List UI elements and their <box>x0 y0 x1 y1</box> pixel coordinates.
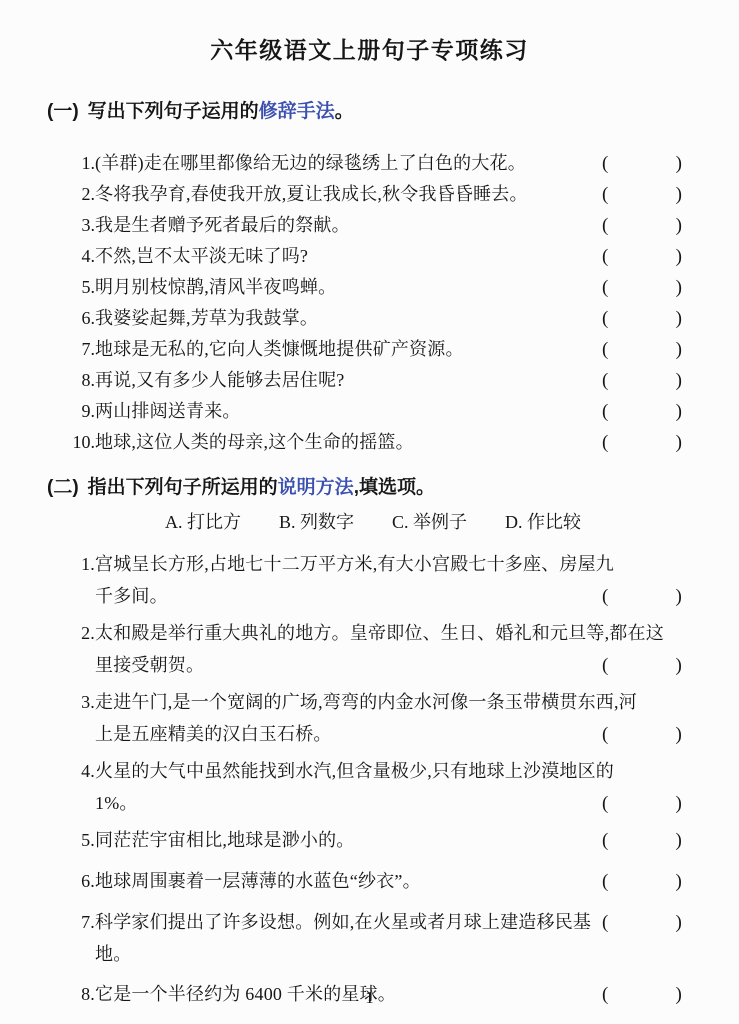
question-text: 两山排闼送青来。 <box>95 396 594 427</box>
answer-blank: () <box>602 396 682 427</box>
option-c: C. 举例子 <box>392 510 467 534</box>
question-text: 地球是无私的,它向人类慷慨地提供矿产资源。 <box>95 334 594 365</box>
option-d: D. 作比较 <box>505 510 581 534</box>
answer-options-row: A. 打比方 B. 列数字 C. 举例子 D. 作比较 <box>165 510 739 534</box>
question-line: 6. 地球周围裹着一层薄薄的水蓝色“纱衣”。 () <box>65 865 682 898</box>
question-text: 千多间。 <box>95 580 594 612</box>
question-row: 10. 地球,这位人类的母亲,这个生命的摇篮。 () <box>65 427 682 458</box>
answer-blank: () <box>602 427 682 458</box>
question-number: 10. <box>65 427 95 458</box>
question-line: 5. 同茫茫宇宙相比,地球是渺小的。 () <box>65 824 682 857</box>
question-line: 千多间。 () <box>65 580 682 613</box>
question-row: 2. 冬将我孕育,春使我开放,夏让我成长,秋令我昏昏睡去。 () <box>65 179 682 210</box>
question-text: 1%。 <box>95 787 594 819</box>
question-item: 3. 走进午门,是一个宽阔的广场,弯弯的内金水河像一条玉带横贯东西,河 上是五座… <box>65 686 682 751</box>
answer-blank: () <box>602 148 682 179</box>
question-text: 宫城呈长方形,占地七十二万平方米,有大小宫殿七十多座、房屋九 <box>95 548 682 580</box>
question-number: 1. <box>65 148 95 179</box>
question-row: 6. 我婆娑起舞,芳草为我鼓掌。 () <box>65 303 682 334</box>
question-text: 地球,这位人类的母亲,这个生命的摇篮。 <box>95 427 594 458</box>
question-number: 9. <box>65 396 95 427</box>
question-text: (羊群)走在哪里都像给无边的绿毯绣上了白色的大花。 <box>95 148 594 179</box>
question-number: 6. <box>65 865 95 897</box>
question-text: 里接受朝贺。 <box>95 649 594 681</box>
answer-blank: () <box>602 907 682 939</box>
question-text: 太和殿是举行重大典礼的地方。皇帝即位、生日、婚礼和元旦等,都在这 <box>95 617 682 649</box>
question-row: 9. 两山排闼送青来。 () <box>65 396 682 427</box>
question-text: 我婆娑起舞,芳草为我鼓掌。 <box>95 303 594 334</box>
question-number: 2. <box>65 179 95 210</box>
worksheet-page: 六年级语文上册句子专项练习 (一) 写出下列句子运用的修辞手法。 1. (羊群)… <box>0 0 739 1024</box>
answer-blank: () <box>602 365 682 396</box>
question-number: 7. <box>65 334 95 365</box>
answer-blank: () <box>602 179 682 210</box>
question-item: 4. 火星的大气中虽然能找到水汽,但含量极少,只有地球上沙漠地区的 1%。 () <box>65 755 682 820</box>
question-text: 科学家们提出了许多设想。例如,在火星或者月球上建造移民基地。 <box>95 906 594 970</box>
question-line: 4. 火星的大气中虽然能找到水汽,但含量极少,只有地球上沙漠地区的 <box>65 755 682 787</box>
question-text: 同茫茫宇宙相比,地球是渺小的。 <box>95 824 594 856</box>
question-line: 1. 宫城呈长方形,占地七十二万平方米,有大小宫殿七十多座、房屋九 <box>65 548 682 580</box>
question-row: 3. 我是生者赠予死者最后的祭献。 () <box>65 210 682 241</box>
question-number: 2. <box>65 617 95 649</box>
section-1-highlight-term: 修辞手法 <box>259 101 335 122</box>
section-2-question-list: 1. 宫城呈长方形,占地七十二万平方米,有大小宫殿七十多座、房屋九 千多间。 (… <box>0 548 739 1011</box>
question-number: 8. <box>65 365 95 396</box>
question-line: 2. 太和殿是举行重大典礼的地方。皇帝即位、生日、婚礼和元旦等,都在这 <box>65 617 682 649</box>
question-number: 4. <box>65 755 95 787</box>
question-line: 7. 科学家们提出了许多设想。例如,在火星或者月球上建造移民基地。 () <box>65 906 682 970</box>
answer-blank: () <box>602 241 682 272</box>
section-2-label: (二) <box>47 476 79 500</box>
question-line: 1%。 () <box>65 787 682 820</box>
question-text: 不然,岂不太平淡无味了吗? <box>95 241 594 272</box>
question-text: 火星的大气中虽然能找到水汽,但含量极少,只有地球上沙漠地区的 <box>95 755 682 787</box>
question-row: 7. 地球是无私的,它向人类慷慨地提供矿产资源。 () <box>65 334 682 365</box>
question-number: 3. <box>65 686 95 718</box>
page-title: 六年级语文上册句子专项练习 <box>0 0 739 66</box>
answer-blank: () <box>602 788 682 820</box>
question-number: 6. <box>65 303 95 334</box>
question-item: 5. 同茫茫宇宙相比,地球是渺小的。 () <box>65 824 682 857</box>
question-line: 上是五座精美的汉白玉石桥。 () <box>65 718 682 751</box>
question-item: 6. 地球周围裹着一层薄薄的水蓝色“纱衣”。 () <box>65 865 682 898</box>
section-2-heading: (二) 指出下列句子所运用的说明方法,填选项。 <box>47 476 682 500</box>
question-text: 我是生者赠予死者最后的祭献。 <box>95 210 594 241</box>
answer-blank: () <box>602 866 682 898</box>
question-row: 5. 明月别枝惊鹊,清风半夜鸣蝉。 () <box>65 272 682 303</box>
question-item: 2. 太和殿是举行重大典礼的地方。皇帝即位、生日、婚礼和元旦等,都在这 里接受朝… <box>65 617 682 682</box>
section-2-heading-text: 指出下列句子所运用的说明方法,填选项。 <box>88 476 435 500</box>
answer-blank: () <box>602 303 682 334</box>
question-number: 7. <box>65 906 95 938</box>
section-2-highlight-term: 说明方法 <box>278 477 354 498</box>
question-text: 走进午门,是一个宽阔的广场,弯弯的内金水河像一条玉带横贯东西,河 <box>95 686 682 718</box>
answer-blank: () <box>602 210 682 241</box>
question-line: 里接受朝贺。 () <box>65 649 682 682</box>
question-text: 地球周围裹着一层薄薄的水蓝色“纱衣”。 <box>95 865 594 897</box>
question-text: 上是五座精美的汉白玉石桥。 <box>95 718 594 750</box>
section-1-label: (一) <box>47 100 79 124</box>
answer-blank: () <box>602 581 682 613</box>
page-number: 1 <box>0 988 739 1008</box>
option-b: B. 列数字 <box>279 510 354 534</box>
answer-blank: () <box>602 650 682 682</box>
question-number: 5. <box>65 272 95 303</box>
question-text: 明月别枝惊鹊,清风半夜鸣蝉。 <box>95 272 594 303</box>
section-1-heading-text: 写出下列句子运用的修辞手法。 <box>88 100 354 124</box>
question-item: 7. 科学家们提出了许多设想。例如,在火星或者月球上建造移民基地。 () <box>65 906 682 970</box>
question-text: 再说,又有多少人能够去居住呢? <box>95 365 594 396</box>
question-row: 4. 不然,岂不太平淡无味了吗? () <box>65 241 682 272</box>
question-number: 4. <box>65 241 95 272</box>
answer-blank: () <box>602 719 682 751</box>
option-a: A. 打比方 <box>165 510 241 534</box>
question-row: 8. 再说,又有多少人能够去居住呢? () <box>65 365 682 396</box>
section-1-question-list: 1. (羊群)走在哪里都像给无边的绿毯绣上了白色的大花。 () 2. 冬将我孕育… <box>0 148 739 458</box>
question-item: 1. 宫城呈长方形,占地七十二万平方米,有大小宫殿七十多座、房屋九 千多间。 (… <box>65 548 682 613</box>
answer-blank: () <box>602 825 682 857</box>
question-number: 3. <box>65 210 95 241</box>
question-number: 5. <box>65 824 95 856</box>
answer-blank: () <box>602 334 682 365</box>
section-1-heading: (一) 写出下列句子运用的修辞手法。 <box>47 100 682 124</box>
question-row: 1. (羊群)走在哪里都像给无边的绿毯绣上了白色的大花。 () <box>65 148 682 179</box>
question-text: 冬将我孕育,春使我开放,夏让我成长,秋令我昏昏睡去。 <box>95 179 594 210</box>
question-number: 1. <box>65 548 95 580</box>
question-line: 3. 走进午门,是一个宽阔的广场,弯弯的内金水河像一条玉带横贯东西,河 <box>65 686 682 718</box>
answer-blank: () <box>602 272 682 303</box>
